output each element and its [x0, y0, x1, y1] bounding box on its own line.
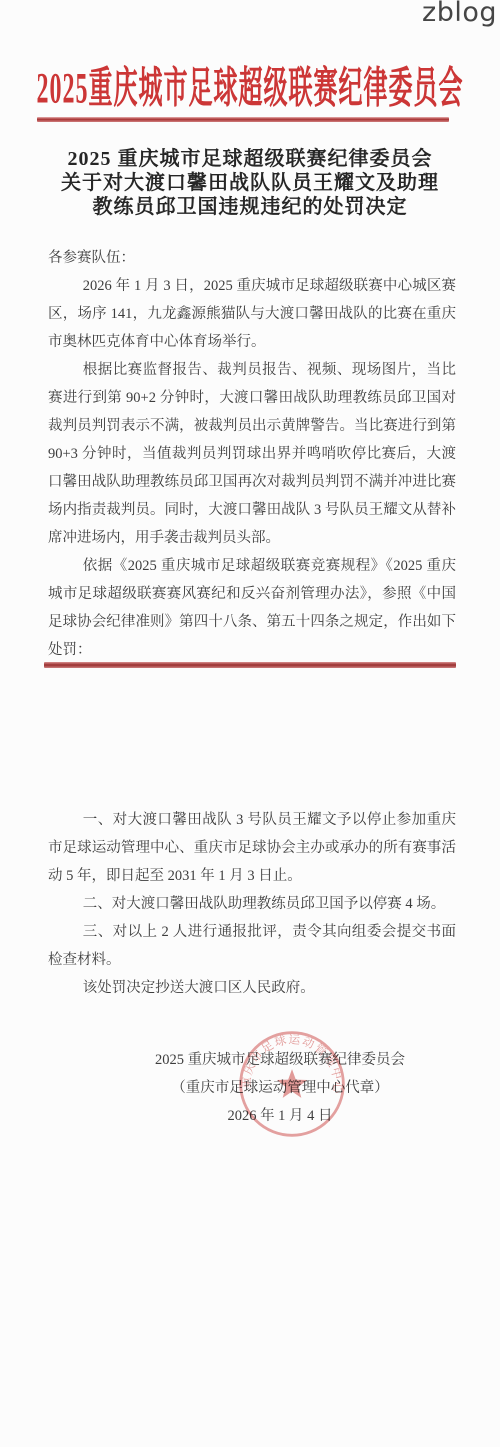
signature-date: 2026 年 1 月 4 日: [105, 1102, 455, 1130]
signature-agent-note: （重庆市足球运动管理中心代章）: [105, 1074, 455, 1102]
penalty-item-2: 二、对大渡口馨田战队助理教练员邱卫国予以停赛 4 场。: [48, 890, 456, 918]
document-title: 2025 重庆城市足球超级联赛纪律委员会 关于对大渡口馨田战队队员王耀文及助理 …: [0, 147, 500, 219]
paragraph-legal-basis: 依据《2025 重庆城市足球超级联赛竞赛规程》《2025 重庆城市足球超级联赛赛…: [48, 552, 456, 664]
signature-block: 2025 重庆城市足球超级联赛纪律委员会 （重庆市足球运动管理中心代章） 202…: [105, 1046, 455, 1130]
site-watermark: zblog: [422, 0, 497, 28]
signature-organization: 2025 重庆城市足球超级联赛纪律委员会: [105, 1046, 455, 1074]
salutation: 各参赛队伍：: [48, 244, 456, 272]
masthead-banner: 2025重庆城市足球超级联赛纪律委员会: [0, 52, 500, 114]
paragraph-match-info: 2026 年 1 月 3 日，2025 重庆城市足球超级联赛中心城区赛区，场序 …: [48, 272, 456, 356]
paragraph-incident: 根据比赛监督报告、裁判员报告、视频、现场图片，当比赛进行到第 90+2 分钟时，…: [48, 356, 456, 552]
document-title-line-1: 2025 重庆城市足球超级联赛纪律委员会: [0, 147, 500, 171]
penalty-item-3: 三、对以上 2 人进行通报批评，责令其向组委会提交书面检查材料。: [48, 918, 456, 974]
document-title-line-2: 关于对大渡口馨田战队队员王耀文及助理: [0, 171, 500, 195]
document-body: 各参赛队伍： 2026 年 1 月 3 日，2025 重庆城市足球超级联赛中心城…: [48, 244, 456, 664]
masthead-rule: [37, 117, 449, 122]
penalty-list: 一、对大渡口馨田战队 3 号队员王耀文予以停止参加重庆市足球运动管理中心、重庆市…: [48, 806, 456, 1002]
closing-note: 该处罚决定抄送大渡口区人民政府。: [48, 974, 456, 1002]
masthead-title: 2025重庆城市足球超级联赛纪律委员会: [37, 52, 464, 115]
penalty-item-1: 一、对大渡口馨田战队 3 号队员王耀文予以停止参加重庆市足球运动管理中心、重庆市…: [48, 806, 456, 890]
page-divider-rule: [44, 662, 456, 668]
document-title-line-3: 教练员邱卫国违规违纪的处罚决定: [0, 195, 500, 219]
